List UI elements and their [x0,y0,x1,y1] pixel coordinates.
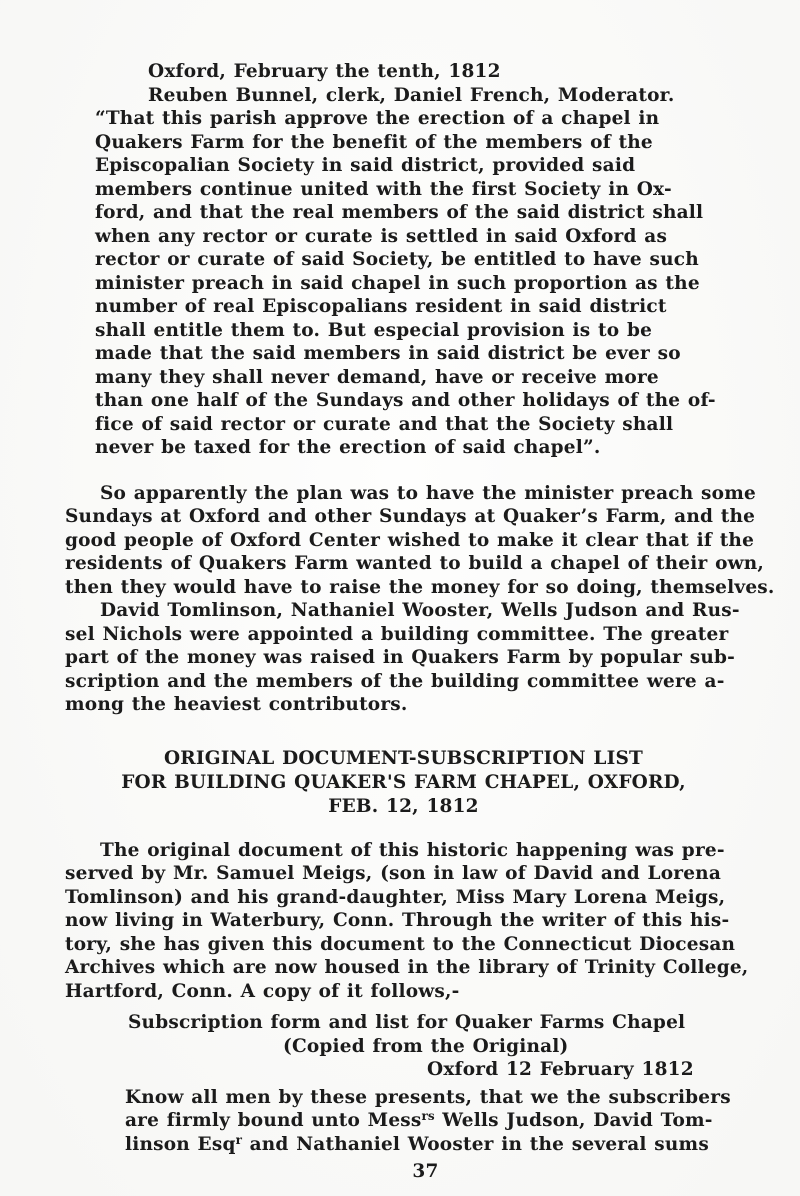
text-line: good people of Oxford Center wished to m… [65,529,742,553]
copy-note: (Copied from the Original) [283,1035,742,1059]
text-line: members continue united with the first S… [95,178,742,202]
text-line: So apparently the plan was to have the m… [65,482,742,506]
text-line: Episcopalian Society in said district, p… [95,154,742,178]
provenance-paragraph: The original document of this historic h… [65,839,742,1004]
text-line: FOR BUILDING QUAKER'S FARM CHAPEL, OXFOR… [65,771,742,795]
text-line: fice of said rector or curate and that t… [95,413,742,437]
text-line: linson Esqr and Nathaniel Wooster in the… [125,1133,742,1157]
text-line: when any rector or curate is settled in … [95,225,742,249]
text-line: Sundays at Oxford and other Sundays at Q… [65,505,742,529]
page-content: Oxford, February the tenth, 1812 Reuben … [0,0,800,1184]
text-line: served by Mr. Samuel Meigs, (son in law … [65,862,742,886]
text-line: never be taxed for the erection of said … [95,436,742,460]
resolution-quote: “That this parish approve the erection o… [95,107,742,460]
text-line: many they shall never demand, have or re… [95,366,742,390]
text-line: rector or curate of said Society, be ent… [95,248,742,272]
text-line: are firmly bound unto Messrs Wells Judso… [125,1109,742,1133]
text-line: minister preach in said chapel in such p… [95,272,742,296]
section-heading: ORIGINAL DOCUMENT-SUBSCRIPTION LISTFOR B… [65,747,742,819]
text-line: The original document of this historic h… [65,839,742,863]
text-line: FEB. 12, 1812 [65,795,742,819]
text-line: made that the said members in said distr… [95,342,742,366]
subscription-form-title: Subscription form and list for Quaker Fa… [128,1011,742,1035]
text-line: residents of Quakers Farm wanted to buil… [65,552,742,576]
oath-paragraph: Know all men by these presents, that we … [125,1086,742,1157]
meeting-date-line: Oxford, February the tenth, 1812 [95,60,742,84]
text-line: ford, and that the real members of the s… [95,201,742,225]
text-line: than one half of the Sundays and other h… [95,389,742,413]
text-line: Hartford, Conn. A copy of it follows,- [65,980,742,1004]
commentary-paragraph-plan: So apparently the plan was to have the m… [65,482,742,600]
text-line: ORIGINAL DOCUMENT-SUBSCRIPTION LIST [65,747,742,771]
text-line: then they would have to raise the money … [65,576,742,600]
text-line: Archives which are now housed in the lib… [65,956,742,980]
text-line: Quakers Farm for the benefit of the memb… [95,131,742,155]
text-line: Tomlinson) and his grand-daughter, Miss … [65,886,742,910]
text-line: now living in Waterbury, Conn. Through t… [65,909,742,933]
scanned-book-page: Oxford, February the tenth, 1812 Reuben … [0,0,800,1196]
text-line: Know all men by these presents, that we … [125,1086,742,1110]
meeting-officers-line: Reuben Bunnel, clerk, Daniel French, Mod… [95,84,742,108]
page-number: 37 [87,1160,764,1184]
subscription-date-line: Oxford 12 February 1812 [427,1058,742,1082]
text-line: mong the heaviest contributors. [65,693,742,717]
text-line: David Tomlinson, Nathaniel Wooster, Well… [65,599,742,623]
commentary-paragraph-committee: David Tomlinson, Nathaniel Wooster, Well… [65,599,742,717]
text-line: number of real Episcopalians resident in… [95,295,742,319]
text-line: part of the money was raised in Quakers … [65,646,742,670]
meeting-record-block: Oxford, February the tenth, 1812 Reuben … [95,60,742,460]
text-line: “That this parish approve the erection o… [95,107,742,131]
text-line: tory, she has given this document to the… [65,933,742,957]
text-line: sel Nichols were appointed a building co… [65,623,742,647]
text-line: shall entitle them to. But especial prov… [95,319,742,343]
text-line: scription and the members of the buildin… [65,670,742,694]
